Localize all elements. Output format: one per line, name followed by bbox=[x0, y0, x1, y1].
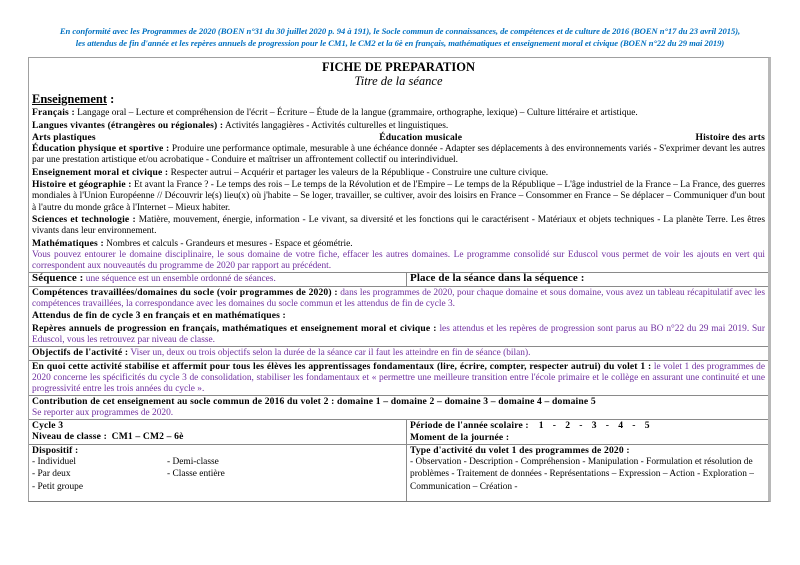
subject-langues-vivantes[interactable]: Langues vivantes (étrangères ou régional… bbox=[32, 120, 765, 132]
type-activite-options[interactable]: - Observation - Description - Compréhens… bbox=[410, 456, 765, 494]
dispositif-option-petit-groupe[interactable]: - Petit groupe bbox=[32, 481, 167, 494]
session-title-field[interactable]: Titre de la séance bbox=[32, 74, 765, 88]
preparation-sheet: FICHE DE PREPARATION Titre de la séance … bbox=[28, 57, 771, 502]
dispositif-option-individuel[interactable]: - Individuel bbox=[32, 456, 167, 469]
dispositif-field[interactable]: Dispositif : - Individuel - Demi-classe … bbox=[29, 445, 407, 501]
reperes-label: Repères annuels de progression en frança… bbox=[32, 323, 437, 334]
dispositif-option-classe-entiere[interactable]: - Classe entière bbox=[167, 468, 317, 481]
subject-arts-plastiques[interactable]: Arts plastiques bbox=[32, 132, 96, 143]
conformity-note: En conformité avec les Programmes de 202… bbox=[0, 25, 800, 49]
subject-label: Français : bbox=[32, 107, 75, 118]
contribution-label: Contribution de cet enseignement au socl… bbox=[32, 396, 765, 407]
niveau-value[interactable]: CM1 – CM2 – 6è bbox=[112, 431, 184, 442]
title-block: FICHE DE PREPARATION Titre de la séance bbox=[32, 58, 765, 88]
stabilise-field[interactable]: En quoi cette activité stabilise et affe… bbox=[29, 361, 768, 397]
periode-label: Période de l'année scolaire : bbox=[410, 420, 529, 431]
subject-education-musicale[interactable]: Éducation musicale bbox=[379, 132, 462, 143]
subject-mathematiques[interactable]: Mathématiques : Nombres et calculs - Gra… bbox=[32, 238, 765, 250]
dispositif-options: - Individuel - Demi-classe - Par deux - … bbox=[32, 456, 403, 494]
type-activite-label: Type d'activité du volet 1 des programme… bbox=[410, 445, 765, 456]
competences-label: Compétences travaillées/domaines du socl… bbox=[32, 287, 338, 298]
cycle-field[interactable]: Cycle 3 Niveau de classe : CM1 – CM2 – 6… bbox=[29, 420, 407, 444]
sheet-title: FICHE DE PREPARATION bbox=[32, 60, 765, 74]
sequence-row: Séquence : une séquence est un ensemble … bbox=[29, 273, 768, 286]
subject-label: Sciences et technologie : bbox=[32, 214, 136, 225]
place-label: Place de la séance dans la séquence : bbox=[410, 272, 585, 284]
subject-sciences-technologie[interactable]: Sciences et technologie : Matière, mouve… bbox=[32, 214, 765, 238]
cycle-row: Cycle 3 Niveau de classe : CM1 – CM2 – 6… bbox=[29, 420, 768, 445]
sequence-hint: une séquence est un ensemble ordonné de … bbox=[83, 274, 275, 284]
objectifs-hint: Viser un, deux ou trois objectifs selon … bbox=[128, 348, 530, 358]
periode-values[interactable]: 1 - 2 - 3 - 4 - 5 bbox=[539, 420, 650, 431]
subject-label: Histoire et géographie : bbox=[32, 179, 132, 190]
enseignement-heading: Enseignement bbox=[32, 92, 107, 106]
stabilise-label: En quoi cette activité stabilise et affe… bbox=[32, 361, 651, 372]
dispositif-option-demi-classe[interactable]: - Demi-classe bbox=[167, 456, 317, 469]
attendus-label: Attendus de fin de cycle 3 en français e… bbox=[32, 310, 286, 321]
subject-text: Langage oral – Lecture et compréhension … bbox=[75, 108, 638, 118]
contribution-field[interactable]: Contribution de cet enseignement au socl… bbox=[29, 396, 768, 420]
niveau-label: Niveau de classe : bbox=[32, 431, 107, 442]
subject-label: Enseignement moral et civique : bbox=[32, 167, 168, 178]
dispositif-row: Dispositif : - Individuel - Demi-classe … bbox=[29, 445, 768, 501]
subject-label: Éducation physique et sportive : bbox=[32, 143, 169, 154]
subject-text: Nombres et calculs - Grandeurs et mesure… bbox=[104, 239, 353, 249]
subject-text: Matière, mouvement, énergie, information… bbox=[32, 215, 765, 236]
objectifs-label: Objectifs de l'activité : bbox=[32, 347, 128, 358]
subject-histoire-geographie[interactable]: Histoire et géographie : Et avant la Fra… bbox=[32, 179, 765, 214]
place-field[interactable]: Place de la séance dans la séquence : bbox=[407, 273, 768, 285]
sequence-field[interactable]: Séquence : une séquence est un ensemble … bbox=[29, 273, 407, 285]
type-activite-field[interactable]: Type d'activité du volet 1 des programme… bbox=[407, 445, 768, 501]
dispositif-option-par-deux[interactable]: - Par deux bbox=[32, 468, 167, 481]
subject-emc[interactable]: Enseignement moral et civique : Respecte… bbox=[32, 167, 765, 179]
subject-eps[interactable]: Éducation physique et sportive : Produir… bbox=[32, 143, 765, 167]
subject-label: Mathématiques : bbox=[32, 238, 104, 249]
dispositif-label: Dispositif : bbox=[32, 445, 403, 456]
enseignement-colon: : bbox=[107, 92, 114, 106]
subject-text: Activités langagières - Activités cultur… bbox=[223, 121, 448, 131]
subject-text: Et avant la France ? - Le temps des rois… bbox=[32, 180, 765, 213]
objectifs-field[interactable]: Objectifs de l'activité : Viser un, deux… bbox=[29, 347, 768, 360]
moment-label: Moment de la journée : bbox=[410, 432, 765, 443]
periode-field[interactable]: Période de l'année scolaire :1 - 2 - 3 -… bbox=[407, 420, 768, 444]
subject-label: Langues vivantes (étrangères ou régional… bbox=[32, 120, 223, 131]
conformity-note-line-2: les attendus de fin d'année et les repèr… bbox=[0, 37, 800, 49]
subject-francais[interactable]: Français : Langage oral – Lecture et com… bbox=[32, 107, 765, 119]
contribution-hint: Se reporter aux programmes de 2020. bbox=[32, 408, 765, 419]
enseignement-instruction-note: Vous pouvez entourer le domaine discipli… bbox=[32, 250, 765, 273]
cycle-label: Cycle 3 bbox=[32, 420, 403, 431]
conformity-note-line-1: En conformité avec les Programmes de 202… bbox=[0, 25, 800, 37]
subject-text: Respecter autrui – Acquérir et partager … bbox=[168, 168, 548, 178]
subject-histoire-des-arts[interactable]: Histoire des arts bbox=[695, 132, 765, 143]
enseignement-section: FICHE DE PREPARATION Titre de la séance … bbox=[29, 58, 768, 273]
competences-section[interactable]: Compétences travaillées/domaines du socl… bbox=[29, 287, 768, 347]
sequence-label: Séquence : bbox=[32, 272, 83, 284]
arts-row: Arts plastiques Éducation musicale Histo… bbox=[32, 132, 765, 143]
